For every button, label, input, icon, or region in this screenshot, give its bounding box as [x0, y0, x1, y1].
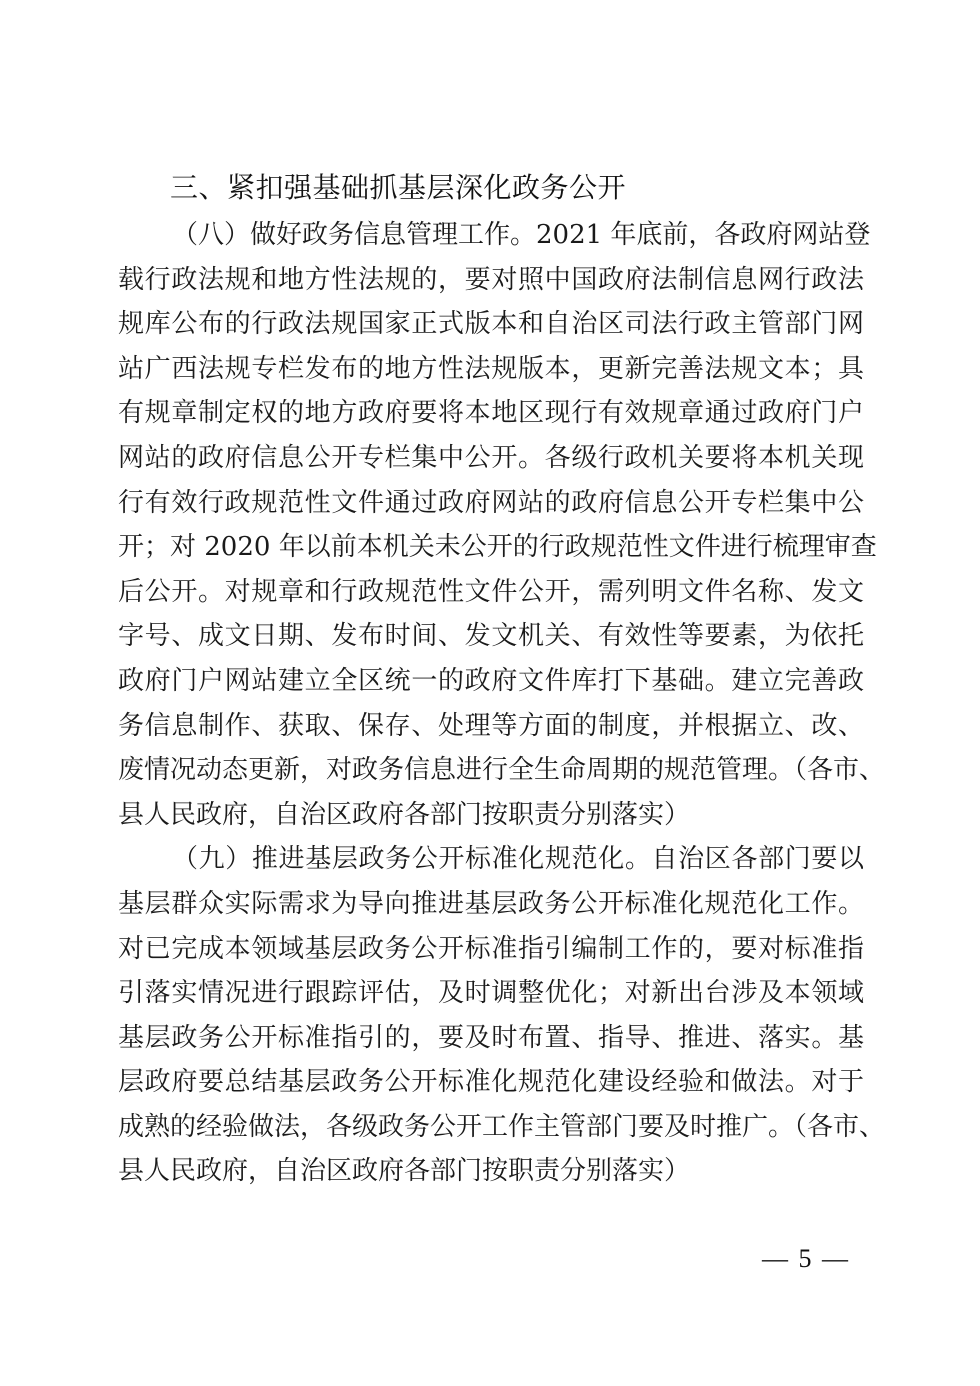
paragraph-line: （九）推进基层政务公开标准化规范化。自治区各部门要以: [118, 837, 864, 882]
paragraph-line: 后公开。对规章和行政规范性文件公开，需列明文件名称、发文: [118, 570, 864, 615]
paragraph-line: （八）做好政务信息管理工作。2021 年底前，各政府网站登: [118, 213, 864, 258]
paragraph-line: 开；对 2020 年以前本机关未公开的行政规范性文件进行梳理审查: [118, 525, 864, 570]
paragraph-line: 有规章制定权的地方政府要将本地区现行有效规章通过政府门户: [118, 391, 864, 436]
paragraph-line: 站广西法规专栏发布的地方性法规版本，更新完善法规文本；具: [118, 347, 864, 392]
paragraph-8: （八）做好政务信息管理工作。2021 年底前，各政府网站登 载行政法规和地方性法…: [118, 213, 864, 837]
paragraph-line: 字号、成文日期、发布时间、发文机关、有效性等要素，为依托: [118, 614, 864, 659]
paragraph-line: 网站的政府信息公开专栏集中公开。各级行政机关要将本机关现: [118, 436, 864, 481]
paragraph-line: 引落实情况进行跟踪评估，及时调整优化；对新出台涉及本领域: [118, 971, 864, 1016]
paragraph-line: 基层政务公开标准指引的，要及时布置、指导、推进、落实。基: [118, 1016, 864, 1061]
paragraph-line: 务信息制作、获取、保存、处理等方面的制度，并根据立、改、: [118, 704, 864, 749]
paragraph-line: 成熟的经验做法，各级政务公开工作主管部门要及时推广。（各市、: [118, 1105, 864, 1150]
section-heading: 三、紧扣强基础抓基层深化政务公开: [170, 168, 626, 208]
paragraph-line: 政府门户网站建立全区统一的政府文件库打下基础。建立完善政: [118, 659, 864, 704]
paragraph-line: 对已完成本领域基层政务公开标准指引编制工作的，要对标准指: [118, 927, 864, 972]
page-number: — 5 —: [762, 1244, 850, 1274]
paragraph-line: 县人民政府，自治区政府各部门按职责分别落实）: [118, 1149, 864, 1194]
paragraph-line: 县人民政府，自治区政府各部门按职责分别落实）: [118, 793, 864, 838]
paragraph-line: 行有效行政规范性文件通过政府网站的政府信息公开专栏集中公: [118, 481, 864, 526]
paragraph-9: （九）推进基层政务公开标准化规范化。自治区各部门要以 基层群众实际需求为导向推进…: [118, 837, 864, 1194]
paragraph-line: 规库公布的行政法规国家正式版本和自治区司法行政主管部门网: [118, 302, 864, 347]
document-body: （八）做好政务信息管理工作。2021 年底前，各政府网站登 载行政法规和地方性法…: [118, 213, 864, 1194]
paragraph-line: 废情况动态更新，对政务信息进行全生命周期的规范管理。（各市、: [118, 748, 864, 793]
document-page: 三、紧扣强基础抓基层深化政务公开 （八）做好政务信息管理工作。2021 年底前，…: [0, 0, 980, 1386]
paragraph-line: 基层群众实际需求为导向推进基层政务公开标准化规范化工作。: [118, 882, 864, 927]
paragraph-line: 载行政法规和地方性法规的，要对照中国政府法制信息网行政法: [118, 258, 864, 303]
paragraph-line: 层政府要总结基层政务公开标准化规范化建设经验和做法。对于: [118, 1060, 864, 1105]
